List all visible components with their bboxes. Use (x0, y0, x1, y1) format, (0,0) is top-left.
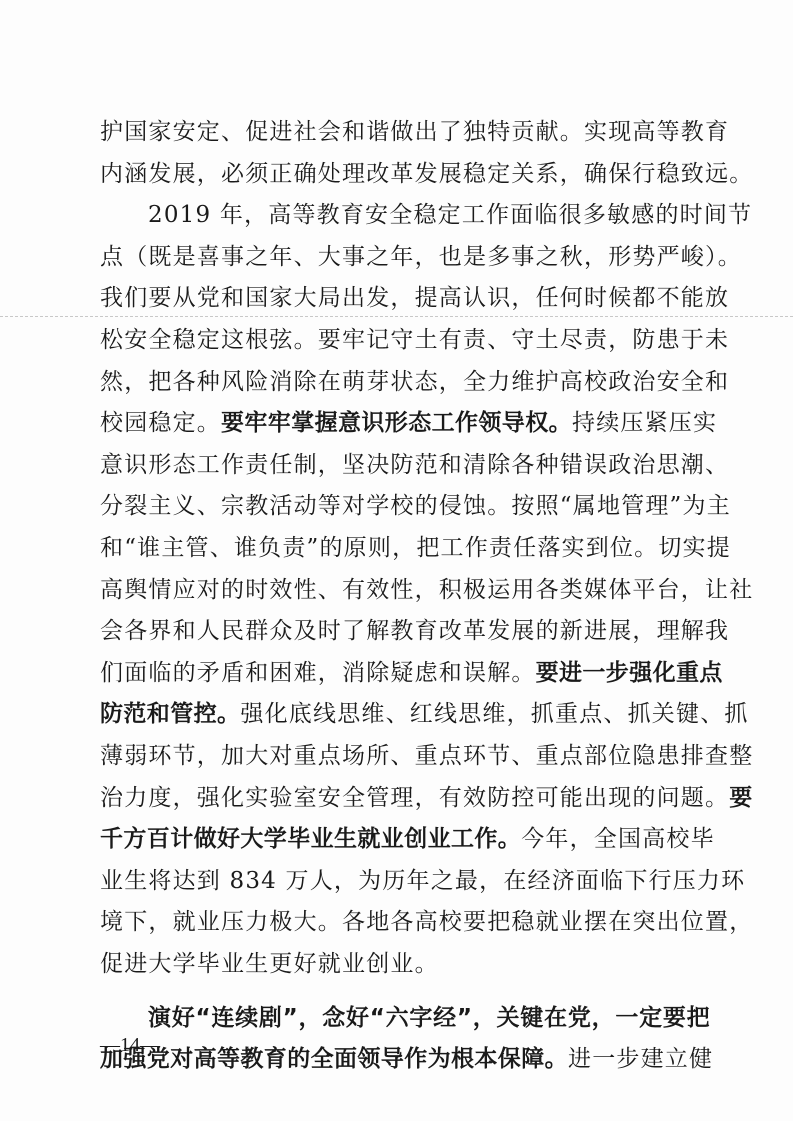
text-line: 2019 年，高等教育安全稳定工作面临很多敏感的时间节 (148, 195, 710, 235)
body-text-segment: 今年，全国高校毕 (521, 826, 715, 852)
body-text-segment: 分裂主义、宗教活动等对学校的侵蚀。按照“属地管理”为主 (100, 493, 731, 519)
text-line: 们面临的矛盾和困难，消除疑虑和误解。要进一步强化重点 (100, 653, 710, 693)
text-line: 意识形态工作责任制，坚决防范和清除各种错误政治思潮、 (100, 445, 710, 485)
text-line: 防范和管控。强化底线思维、红线思维，抓重点、抓关键、抓 (100, 694, 710, 734)
text-line: 千方百计做好大学毕业生就业创业工作。今年，全国高校毕 (100, 819, 710, 859)
text-line: 分裂主义、宗教活动等对学校的侵蚀。按照“属地管理”为主 (100, 486, 710, 526)
text-line: 和“谁主管、谁负责”的原则，把工作责任落实到位。切实提 (100, 528, 710, 568)
text-line: 松安全稳定这根弦。要牢记守土有责、守土尽责，防患于未 (100, 320, 710, 360)
text-line: 演好“连续剧”，念好“六字经”，关键在党，一定要把 (148, 998, 710, 1038)
body-text-segment: 进一步建立健 (568, 1046, 713, 1072)
body-text-segment: 持续压紧压实 (572, 410, 717, 436)
body-text-segment: 护国家安定、促进社会和谐做出了独特贡献。实现高等教育 (100, 119, 729, 145)
text-line: 内涵发展，必须正确处理改革发展稳定关系，确保行稳致远。 (100, 154, 710, 194)
body-text-segment: 业生将达到 834 万人，为历年之最，在经济面临下行压力环 (100, 868, 745, 894)
text-line: 护国家安定、促进社会和谐做出了独特贡献。实现高等教育 (100, 112, 710, 152)
body-text-segment: 强化底线思维、红线思维，抓重点、抓关键、抓 (240, 701, 748, 727)
body-text-segment: 会各界和人民群众及时了解教育改革发展的新进展，理解我 (100, 618, 729, 644)
body-text-segment: 薄弱环节，加大对重点场所、重点环节、重点部位隐患排查整 (100, 743, 753, 769)
body-text-segment: 内涵发展，必须正确处理改革发展稳定关系，确保行稳致远。 (100, 161, 753, 187)
body-text-segment: 松安全稳定这根弦。要牢记守土有责、守土尽责，防患于未 (100, 327, 729, 353)
text-line: 治力度，强化实验室安全管理，有效防控可能出现的问题。要 (100, 778, 710, 818)
text-line: 薄弱环节，加大对重点场所、重点环节、重点部位隐患排查整 (100, 736, 710, 776)
text-line: 境下，就业压力极大。各地各高校要把稳就业摆在突出位置， (100, 902, 710, 942)
body-text-segment: 然，把各种风险消除在萌芽状态，全力维护高校政治安全和 (100, 369, 729, 395)
body-text-segment: 促进大学毕业生更好就业创业。 (100, 951, 439, 977)
body-text-segment: 高舆情应对的时效性、有效性，积极运用各类媒体平台，让社 (100, 577, 753, 603)
emphasis-text: 防范和管控。 (100, 701, 240, 727)
text-line: 加强党对高等教育的全面领导作为根本保障。进一步建立健 (100, 1039, 710, 1079)
emphasis-text: 要 (729, 785, 752, 811)
text-line: 会各界和人民群众及时了解教育改革发展的新进展，理解我 (100, 611, 710, 651)
body-text-segment: 我们要从党和国家大局出发，提高认识，任何时候都不能放 (100, 285, 729, 311)
text-line: 业生将达到 834 万人，为历年之最，在经济面临下行压力环 (100, 861, 710, 901)
document-page: 护国家安定、促进社会和谐做出了独特贡献。实现高等教育内涵发展，必须正确处理改革发… (0, 0, 793, 1121)
page-number: —14— (100, 1030, 160, 1060)
body-text-segment: 们面临的矛盾和困难，消除疑虑和误解。 (100, 660, 536, 686)
text-line: 校园稳定。要牢牢掌握意识形态工作领导权。持续压紧压实 (100, 403, 710, 443)
emphasis-text: 要牢牢掌握意识形态工作领导权。 (221, 410, 572, 436)
body-text-segment: 点（既是喜事之年、大事之年，也是多事之秋，形势严峻）。 (100, 244, 742, 270)
emphasis-text: 千方百计做好大学毕业生就业创业工作。 (100, 826, 521, 852)
body-text-segment: 治力度，强化实验室安全管理，有效防控可能出现的问题。 (100, 785, 729, 811)
text-line: 然，把各种风险消除在萌芽状态，全力维护高校政治安全和 (100, 362, 710, 402)
text-line: 高舆情应对的时效性、有效性，积极运用各类媒体平台，让社 (100, 570, 710, 610)
body-text-segment: 境下，就业压力极大。各地各高校要把稳就业摆在突出位置， (100, 909, 753, 935)
text-line: 我们要从党和国家大局出发，提高认识，任何时候都不能放 (100, 278, 710, 318)
body-text-segment: 和“谁主管、谁负责”的原则，把工作责任落实到位。切实提 (100, 535, 731, 561)
body-text-segment: 校园稳定。 (100, 410, 221, 436)
text-line: 促进大学毕业生更好就业创业。 (100, 944, 710, 984)
body-text-segment: 2019 年，高等教育安全稳定工作面临很多敏感的时间节 (148, 202, 752, 228)
emphasis-text: 演好“连续剧”，念好“六字经”，关键在党，一定要把 (148, 1005, 710, 1031)
emphasis-text: 加强党对高等教育的全面领导作为根本保障。 (100, 1046, 568, 1072)
emphasis-text: 要进一步强化重点 (536, 660, 723, 686)
body-text-segment: 意识形态工作责任制，坚决防范和清除各种错误政治思潮、 (100, 452, 729, 478)
text-line: 点（既是喜事之年、大事之年，也是多事之秋，形势严峻）。 (100, 237, 710, 277)
